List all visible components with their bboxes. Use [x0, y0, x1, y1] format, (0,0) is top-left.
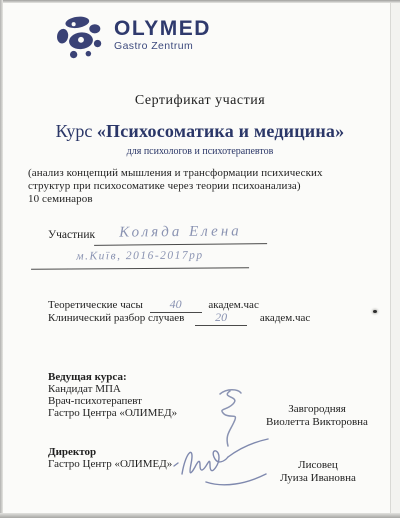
director-heading: Директор — [48, 446, 172, 458]
scan-edge-bottom — [0, 513, 400, 518]
director-given-names: Луиза Ивановна — [264, 472, 372, 485]
logo-text: OLYMED Gastro Zentrum — [114, 18, 211, 52]
olymed-globe-icon — [55, 15, 107, 66]
director-name: Лисовец Луиза Ивановна — [264, 459, 372, 484]
director-surname: Лисовец — [264, 459, 372, 472]
clinical-hours-unit: академ.час — [260, 312, 310, 324]
director-org: Гастро Центр «ОЛИМЕД» — [48, 458, 172, 470]
scan-edge-left — [0, 0, 3, 518]
course-title: Курс «Психосоматика и медицина» — [0, 121, 400, 142]
clinical-hours-value-handwritten: 20 — [195, 310, 247, 326]
course-leader-name: Завгородняя Виолетта Викторовна — [258, 403, 376, 428]
course-leader-credential: Кандидат МПА — [48, 383, 177, 395]
description-line: структур при психосоматике через теории … — [28, 180, 368, 193]
participant-place-date-handwritten: м.Київ, 2016-2017рр — [31, 249, 249, 270]
scan-edge-top — [0, 0, 400, 3]
director-block: Директор Гастро Центр «ОЛИМЕД» — [48, 446, 172, 470]
olymed-logo: OLYMED Gastro Zentrum — [55, 15, 211, 66]
scan-paper-edge — [390, 2, 391, 514]
course-leader-org: Гастро Центра «ОЛИМЕД» — [48, 407, 177, 419]
clinical-hours-row: Клинический разбор случаев 20 академ.час — [48, 310, 310, 326]
course-leader-given-names: Виолетта Викторовна — [258, 416, 376, 429]
scan-dust-artifact — [373, 310, 377, 313]
course-prefix: Курс — [56, 121, 97, 141]
participant-name-handwritten: Коляда Елена — [94, 223, 267, 246]
course-leader-block: Ведущая курса: Кандидат МПА Врач-психоте… — [48, 371, 177, 419]
course-leader-surname: Завгородняя — [258, 403, 376, 416]
course-audience: для психологов и психотерапевтов — [0, 146, 400, 157]
course-leader-role: Врач-психотерапевт — [48, 395, 177, 407]
clinical-hours-label: Клинический разбор случаев — [48, 312, 184, 324]
brand-subtitle: Gastro Zentrum — [114, 40, 211, 52]
course-description: (анализ концепций мышления и трансформац… — [28, 167, 368, 206]
certificate-title: Сертификат участия — [0, 93, 400, 109]
scanned-certificate-page: OLYMED Gastro Zentrum Сертификат участия… — [0, 0, 400, 518]
brand-name: OLYMED — [114, 18, 211, 40]
description-line: 10 семинаров — [28, 193, 368, 206]
description-line: (анализ концепций мышления и трансформац… — [28, 167, 368, 180]
course-leader-heading: Ведущая курса: — [48, 371, 177, 383]
course-name: «Психосоматика и медицина» — [97, 121, 344, 141]
participant-label: Участник — [48, 229, 95, 241]
